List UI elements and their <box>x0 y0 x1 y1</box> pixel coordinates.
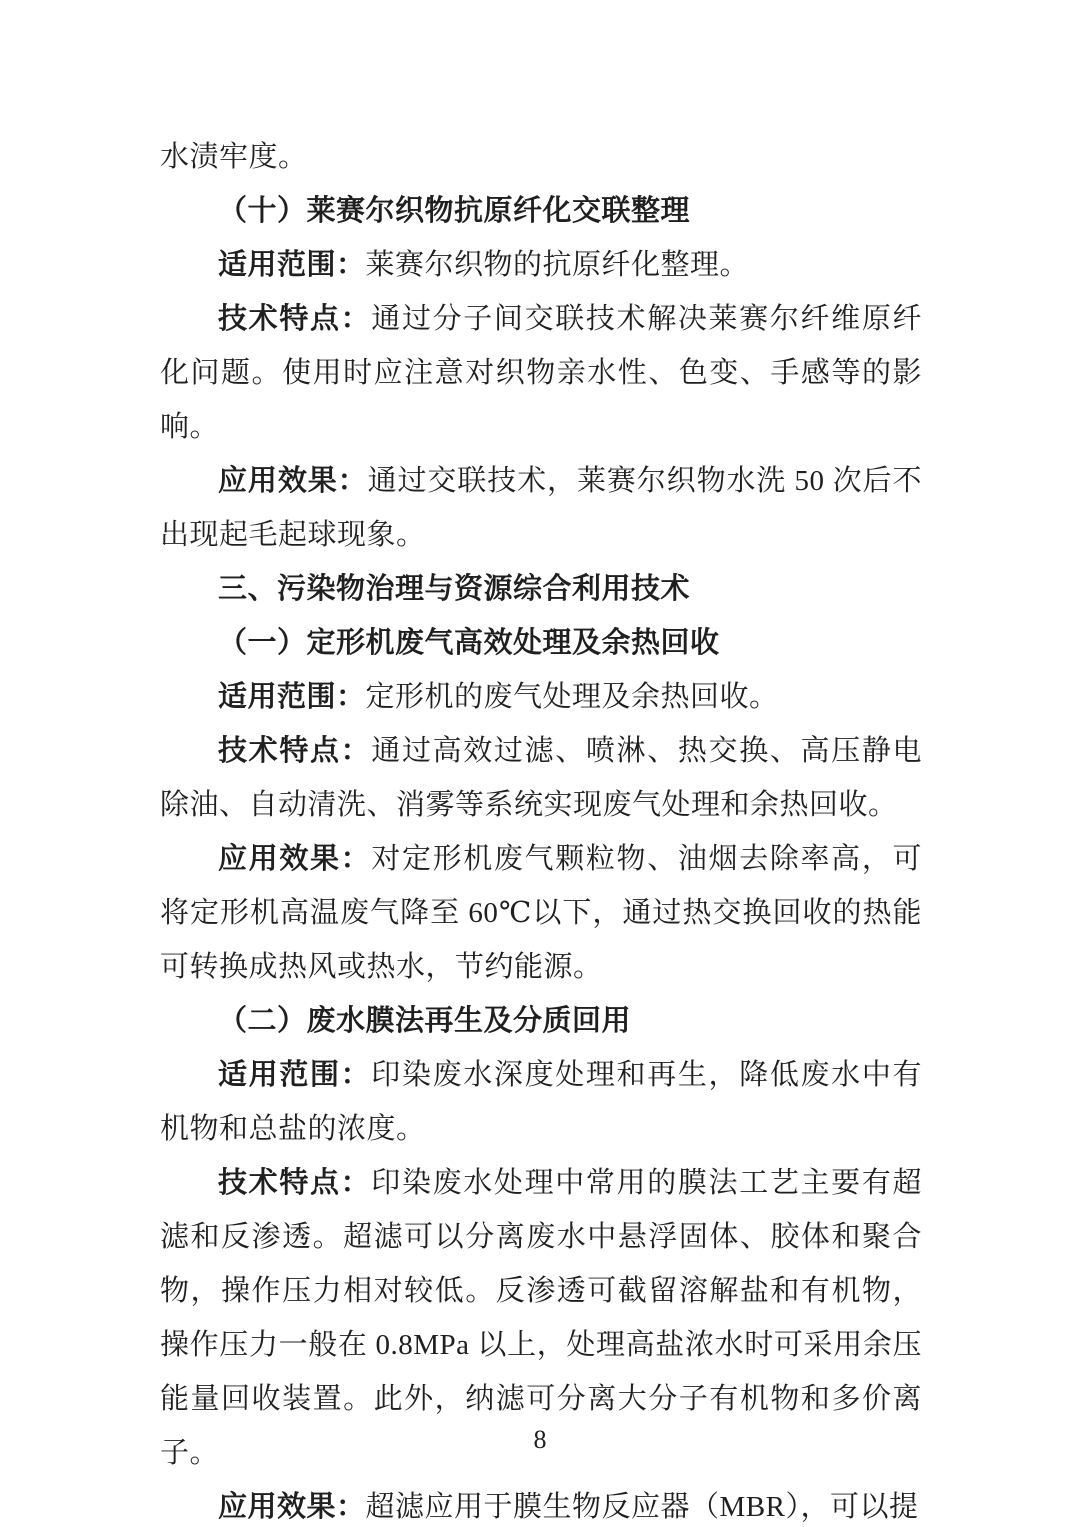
paragraph: 应用效果：通过交联技术，莱赛尔织物水洗 50 次后不出现起毛起球现象。 <box>160 454 922 562</box>
paragraph-label: 技术特点： <box>218 735 371 767</box>
paragraph-label: 适用范围： <box>218 681 366 713</box>
heading-text: （十）莱赛尔织物抗原纤化交联整理 <box>218 195 690 227</box>
paragraph-continuation: 水渍牢度。 <box>160 130 922 184</box>
heading-text: 三、污染物治理与资源综合利用技术 <box>218 573 690 605</box>
paragraph-label: 应用效果： <box>218 465 368 497</box>
paragraph-text: 定形机的废气处理及余热回收。 <box>366 681 779 713</box>
page-number: 8 <box>0 1420 1080 1460</box>
paragraph-label: 应用效果： <box>218 843 371 875</box>
section-heading: （二）废水膜法再生及分质回用 <box>160 994 922 1048</box>
paragraph-label: 适用范围： <box>218 1059 371 1091</box>
heading-text: （二）废水膜法再生及分质回用 <box>218 1005 631 1037</box>
paragraph: 适用范围：莱赛尔织物的抗原纤化整理。 <box>160 238 922 292</box>
paragraph: 技术特点：通过分子间交联技术解决莱赛尔纤维原纤化问题。使用时应注意对织物亲水性、… <box>160 292 922 454</box>
paragraph-label: 技术特点： <box>218 1167 371 1199</box>
document-page: 水渍牢度。 （十）莱赛尔织物抗原纤化交联整理 适用范围：莱赛尔织物的抗原纤化整理… <box>0 0 1080 1527</box>
section-heading: （一）定形机废气高效处理及余热回收 <box>160 616 922 670</box>
paragraph-text: 莱赛尔织物的抗原纤化整理。 <box>366 249 750 281</box>
chapter-heading: 三、污染物治理与资源综合利用技术 <box>160 562 922 616</box>
document-text-block: 水渍牢度。 （十）莱赛尔织物抗原纤化交联整理 适用范围：莱赛尔织物的抗原纤化整理… <box>160 130 922 1527</box>
section-heading: （十）莱赛尔织物抗原纤化交联整理 <box>160 184 922 238</box>
paragraph-text: 水渍牢度。 <box>160 141 308 173</box>
paragraph-label: 技术特点： <box>218 303 371 335</box>
paragraph: 适用范围：印染废水深度处理和再生，降低废水中有机物和总盐的浓度。 <box>160 1048 922 1156</box>
paragraph-label: 应用效果： <box>218 1491 366 1523</box>
paragraph-text: 超滤应用于膜生物反应器（MBR），可以提 <box>366 1491 919 1523</box>
paragraph: 适用范围：定形机的废气处理及余热回收。 <box>160 670 922 724</box>
paragraph-label: 适用范围： <box>218 249 366 281</box>
paragraph: 应用效果：超滤应用于膜生物反应器（MBR），可以提 <box>160 1480 922 1527</box>
heading-text: （一）定形机废气高效处理及余热回收 <box>218 627 720 659</box>
paragraph: 技术特点：通过高效过滤、喷淋、热交换、高压静电除油、自动清洗、消雾等系统实现废气… <box>160 724 922 832</box>
paragraph: 应用效果：对定形机废气颗粒物、油烟去除率高，可将定形机高温废气降至 60℃以下，… <box>160 832 922 994</box>
